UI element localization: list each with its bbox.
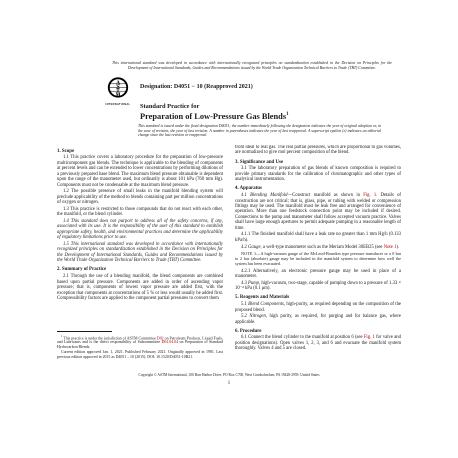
text-run: from ideal to real gas. The real partial… <box>235 145 401 155</box>
body-paragraph: from ideal to real gas. The real partial… <box>235 145 401 156</box>
body-paragraph: 2.1 Through the use of a blending manifo… <box>57 274 223 301</box>
right-column: from ideal to real gas. The real partial… <box>235 145 401 363</box>
section-heading: 4. Apparatus <box>235 186 401 191</box>
document-title-text: Preparation of Low-Pressure Gas Blends <box>140 112 286 121</box>
text-run: , high-vacuum, two-stage, capable of pum… <box>235 281 401 291</box>
astm-logo: A S T M INTERNATIONAL <box>103 77 133 106</box>
text-run: 3.1 The laboratory preparation of gas bl… <box>235 166 401 182</box>
logo-letter: M <box>115 92 120 98</box>
text-run: 2.1 Through the use of a blending manifo… <box>57 274 223 301</box>
text-run: 1.1 This practice covers a laboratory pr… <box>57 155 223 187</box>
body-paragraph: 4.3 Pump, high-vacuum, two-stage, capabl… <box>235 281 401 292</box>
body-paragraph: 3.1 The laboratory preparation of gas bl… <box>235 166 401 182</box>
text-run: Gauge <box>248 245 261 250</box>
document-title: Preparation of Low-Pressure Gas Blends1 <box>140 110 390 121</box>
designation-text: Designation: D4051 − 10 (Reapproved 2021… <box>140 77 253 90</box>
cross-reference-link[interactable]: Fig. 1 <box>363 193 376 198</box>
text-run: . Details of construction are not critic… <box>235 193 401 231</box>
cross-reference-link[interactable]: Fig. 1 <box>364 335 375 340</box>
body-paragraph: 1.5 This international standard was deve… <box>57 242 223 264</box>
text-run: Blending Manifold <box>250 193 287 198</box>
text-run: ). <box>396 245 399 250</box>
cross-reference-link[interactable]: D02.04.04 <box>162 340 178 344</box>
footnote-divider <box>57 331 112 332</box>
text-run: 1.4 This standard does not purport to ad… <box>57 219 223 240</box>
top-disclaimer: This international standard was develope… <box>112 61 392 70</box>
text-run: , a well-type manometer such as the Meri… <box>261 245 384 250</box>
text-run: Blend Components <box>248 302 284 307</box>
text-run: 4.1.1 The finished manifold shall have a… <box>235 232 401 242</box>
body-paragraph: 6.1 Connect the blend cylinder to the ma… <box>235 335 401 351</box>
text-run: 6.1 Connect the blend cylinder to the ma… <box>241 335 364 340</box>
text-run: 1.2 The possible presence of small leaks… <box>57 189 223 205</box>
astm-logo-subtitle: INTERNATIONAL <box>103 103 133 106</box>
text-run: This practice is under the jurisdiction … <box>62 336 157 340</box>
body-paragraph: 4.1 Blending Manifold—Construct manifold… <box>235 193 401 231</box>
body-paragraph: 4.1.1 The finished manifold shall have a… <box>235 232 401 243</box>
title-footnote-marker: 1 <box>286 112 289 117</box>
body-paragraph: 4.2.1 Alternatively, an electronic press… <box>235 269 401 280</box>
copyright-line: Copyright © ASTM International, 100 Barr… <box>57 373 401 377</box>
section-heading: 2. Summary of Practice <box>57 267 223 272</box>
section-heading: 3. Significance and Use <box>235 160 401 165</box>
designation-header: A S T M INTERNATIONAL Designation: D4051… <box>103 77 253 106</box>
body-paragraph: 4.2 Gauge, a well-type manometer such as… <box>235 245 401 250</box>
section-heading: 6. Procedure <box>235 329 401 334</box>
astm-standard-page: This international standard was develope… <box>0 0 458 458</box>
body-paragraph: 1.1 This practice covers a laboratory pr… <box>57 155 223 188</box>
footnotes: 1 This practice is under the jurisdictio… <box>57 335 223 360</box>
note-paragraph: NOTE 1—A high-vacuum gauge of the McLeod… <box>235 252 401 267</box>
section-heading: 1. Scope <box>57 149 223 154</box>
title-block: Standard Practice for Preparation of Low… <box>140 103 390 122</box>
body-paragraph: 1.2 The possible presence of small leaks… <box>57 189 223 205</box>
body-paragraph: 1.4 This standard does not purport to ad… <box>57 219 223 241</box>
text-run: 4.1 <box>241 193 250 198</box>
text-run: Current edition approved Jan. 1, 2021. P… <box>57 350 223 359</box>
text-run: —Construct manifold as shown in <box>287 193 363 198</box>
page-number: 1 <box>0 381 458 386</box>
section-heading: 5. Reagents and Materials <box>235 295 401 300</box>
text-run: 4.2.1 Alternatively, an electronic press… <box>235 269 401 279</box>
text-run: 1.3 This practice is restricted to those… <box>57 207 223 217</box>
text-run: 4.2 <box>241 245 248 250</box>
footnote-paragraph: 1 This practice is under the jurisdictio… <box>57 335 223 350</box>
cross-reference-link[interactable]: D02 <box>157 336 164 340</box>
text-run: A high-vacuum gauge of the McLeod-Bourdo… <box>235 251 401 266</box>
title-kicker: Standard Practice for <box>140 103 390 110</box>
cross-reference-link[interactable]: Note 1 <box>384 245 397 250</box>
text-run: 1.5 This international standard was deve… <box>57 242 223 263</box>
body-paragraph: 1.3 This practice is restricted to those… <box>57 207 223 218</box>
footnote-block: 1 This practice is under the jurisdictio… <box>57 331 223 360</box>
text-run: Nitrogen <box>249 314 266 319</box>
footnote-paragraph: Current edition approved Jan. 1, 2021. P… <box>57 350 223 359</box>
body-paragraph: 5.1 Blend Components, high-purity, as re… <box>235 302 401 313</box>
body-paragraph: 5.2 Nitrogen, high purity, as required, … <box>235 314 401 325</box>
astm-logo-icon: A S T M <box>106 77 130 99</box>
issued-boilerplate: This standard is issued under the fixed … <box>138 124 381 138</box>
